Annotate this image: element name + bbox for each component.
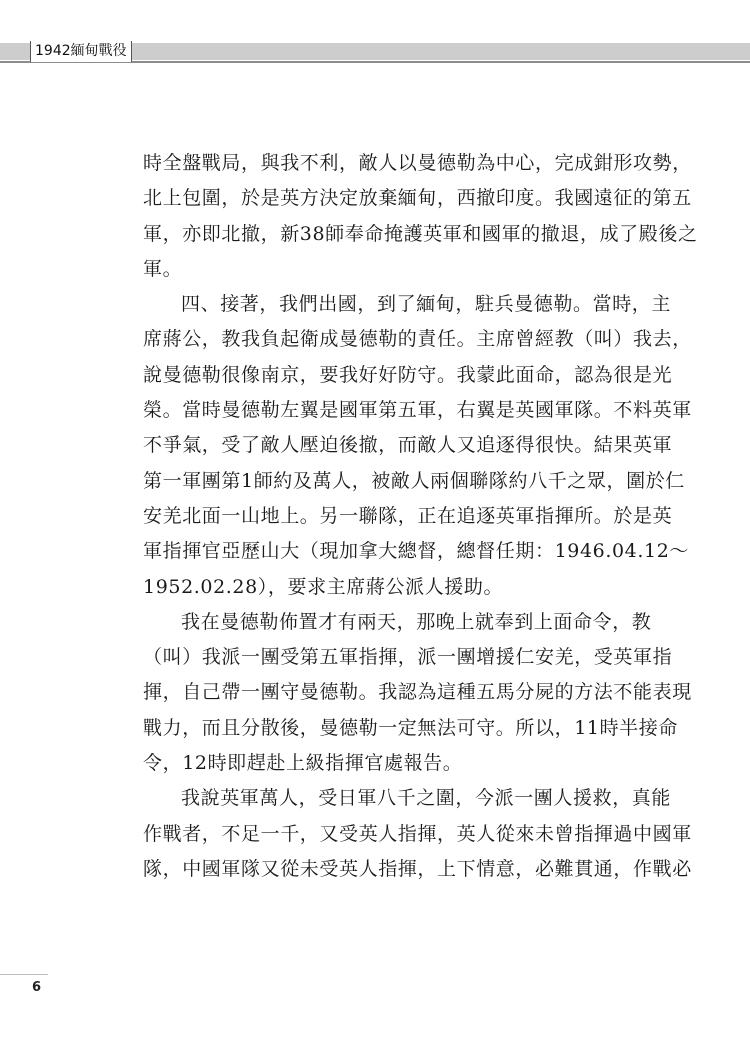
text-line: 軍。 xyxy=(143,252,613,287)
text-line: 作戰者，不足一千，又受英人指揮，英人從來未曾指揮過中國軍 xyxy=(143,817,613,852)
text-line: 我說英軍萬人，受日軍八千之圍，今派一團人援救，真能 xyxy=(143,781,613,816)
text-line: 令，12時即趕赴上級指揮官處報告。 xyxy=(143,746,613,781)
text-line: 1952.02.28），要求主席蔣公派人援助。 xyxy=(143,570,613,605)
text-line: 隊，中國軍隊又從未受英人指揮，上下情意，必難貫通，作戰必 xyxy=(143,852,613,887)
text-line: 北上包圍，於是英方決定放棄緬甸，西撤印度。我國遠征的第五 xyxy=(143,181,613,216)
footer-rule xyxy=(0,974,48,975)
text-line: （叫）我派一團受第五軍指揮，派一團增援仁安羌，受英軍指 xyxy=(143,640,613,675)
text-line: 軍，亦即北撤，新38師奉命掩護英軍和國軍的撤退，成了殿後之 xyxy=(143,217,613,252)
text-line: 榮。當時曼德勒左翼是國軍第五軍，右翼是英國軍隊。不料英軍 xyxy=(143,393,613,428)
text-line: 我在曼德勒佈置才有兩天，那晚上就奉到上面命令，教 xyxy=(143,605,613,640)
text-line: 戰力，而且分散後，曼德勒一定無法可守。所以，11時半接命 xyxy=(143,711,613,746)
text-line: 不爭氣，受了敵人壓迫後撤，而敵人又追逐得很快。結果英軍 xyxy=(143,428,613,463)
text-line: 揮，自己帶一團守曼德勒。我認為這種五馬分屍的方法不能表現 xyxy=(143,675,613,710)
running-title: 1942緬甸戰役 xyxy=(30,41,132,62)
text-line: 軍指揮官亞歷山大（現加拿大總督，總督任期：1946.04.12～ xyxy=(143,534,613,569)
text-line: 第一軍團第1師約及萬人，被敵人兩個聯隊約八千之眾，圍於仁 xyxy=(143,464,613,499)
text-line: 席蔣公，教我負起衛成曼德勒的責任。主席曾經教（叫）我去， xyxy=(143,322,613,357)
text-line: 說曼德勒很像南京，要我好好防守。我蒙此面命，認為很是光 xyxy=(143,358,613,393)
body-text: 時全盤戰局，與我不利，敵人以曼德勒為中心，完成鉗形攻勢，北上包圍，於是英方決定放… xyxy=(143,146,613,887)
text-line: 安羌北面一山地上。另一聯隊，正在追逐英軍指揮所。於是英 xyxy=(143,499,613,534)
page-number: 6 xyxy=(32,980,41,995)
text-line: 四、接著，我們出國，到了緬甸，駐兵曼德勒。當時，主 xyxy=(143,287,613,322)
text-line: 時全盤戰局，與我不利，敵人以曼德勒為中心，完成鉗形攻勢， xyxy=(143,146,613,181)
